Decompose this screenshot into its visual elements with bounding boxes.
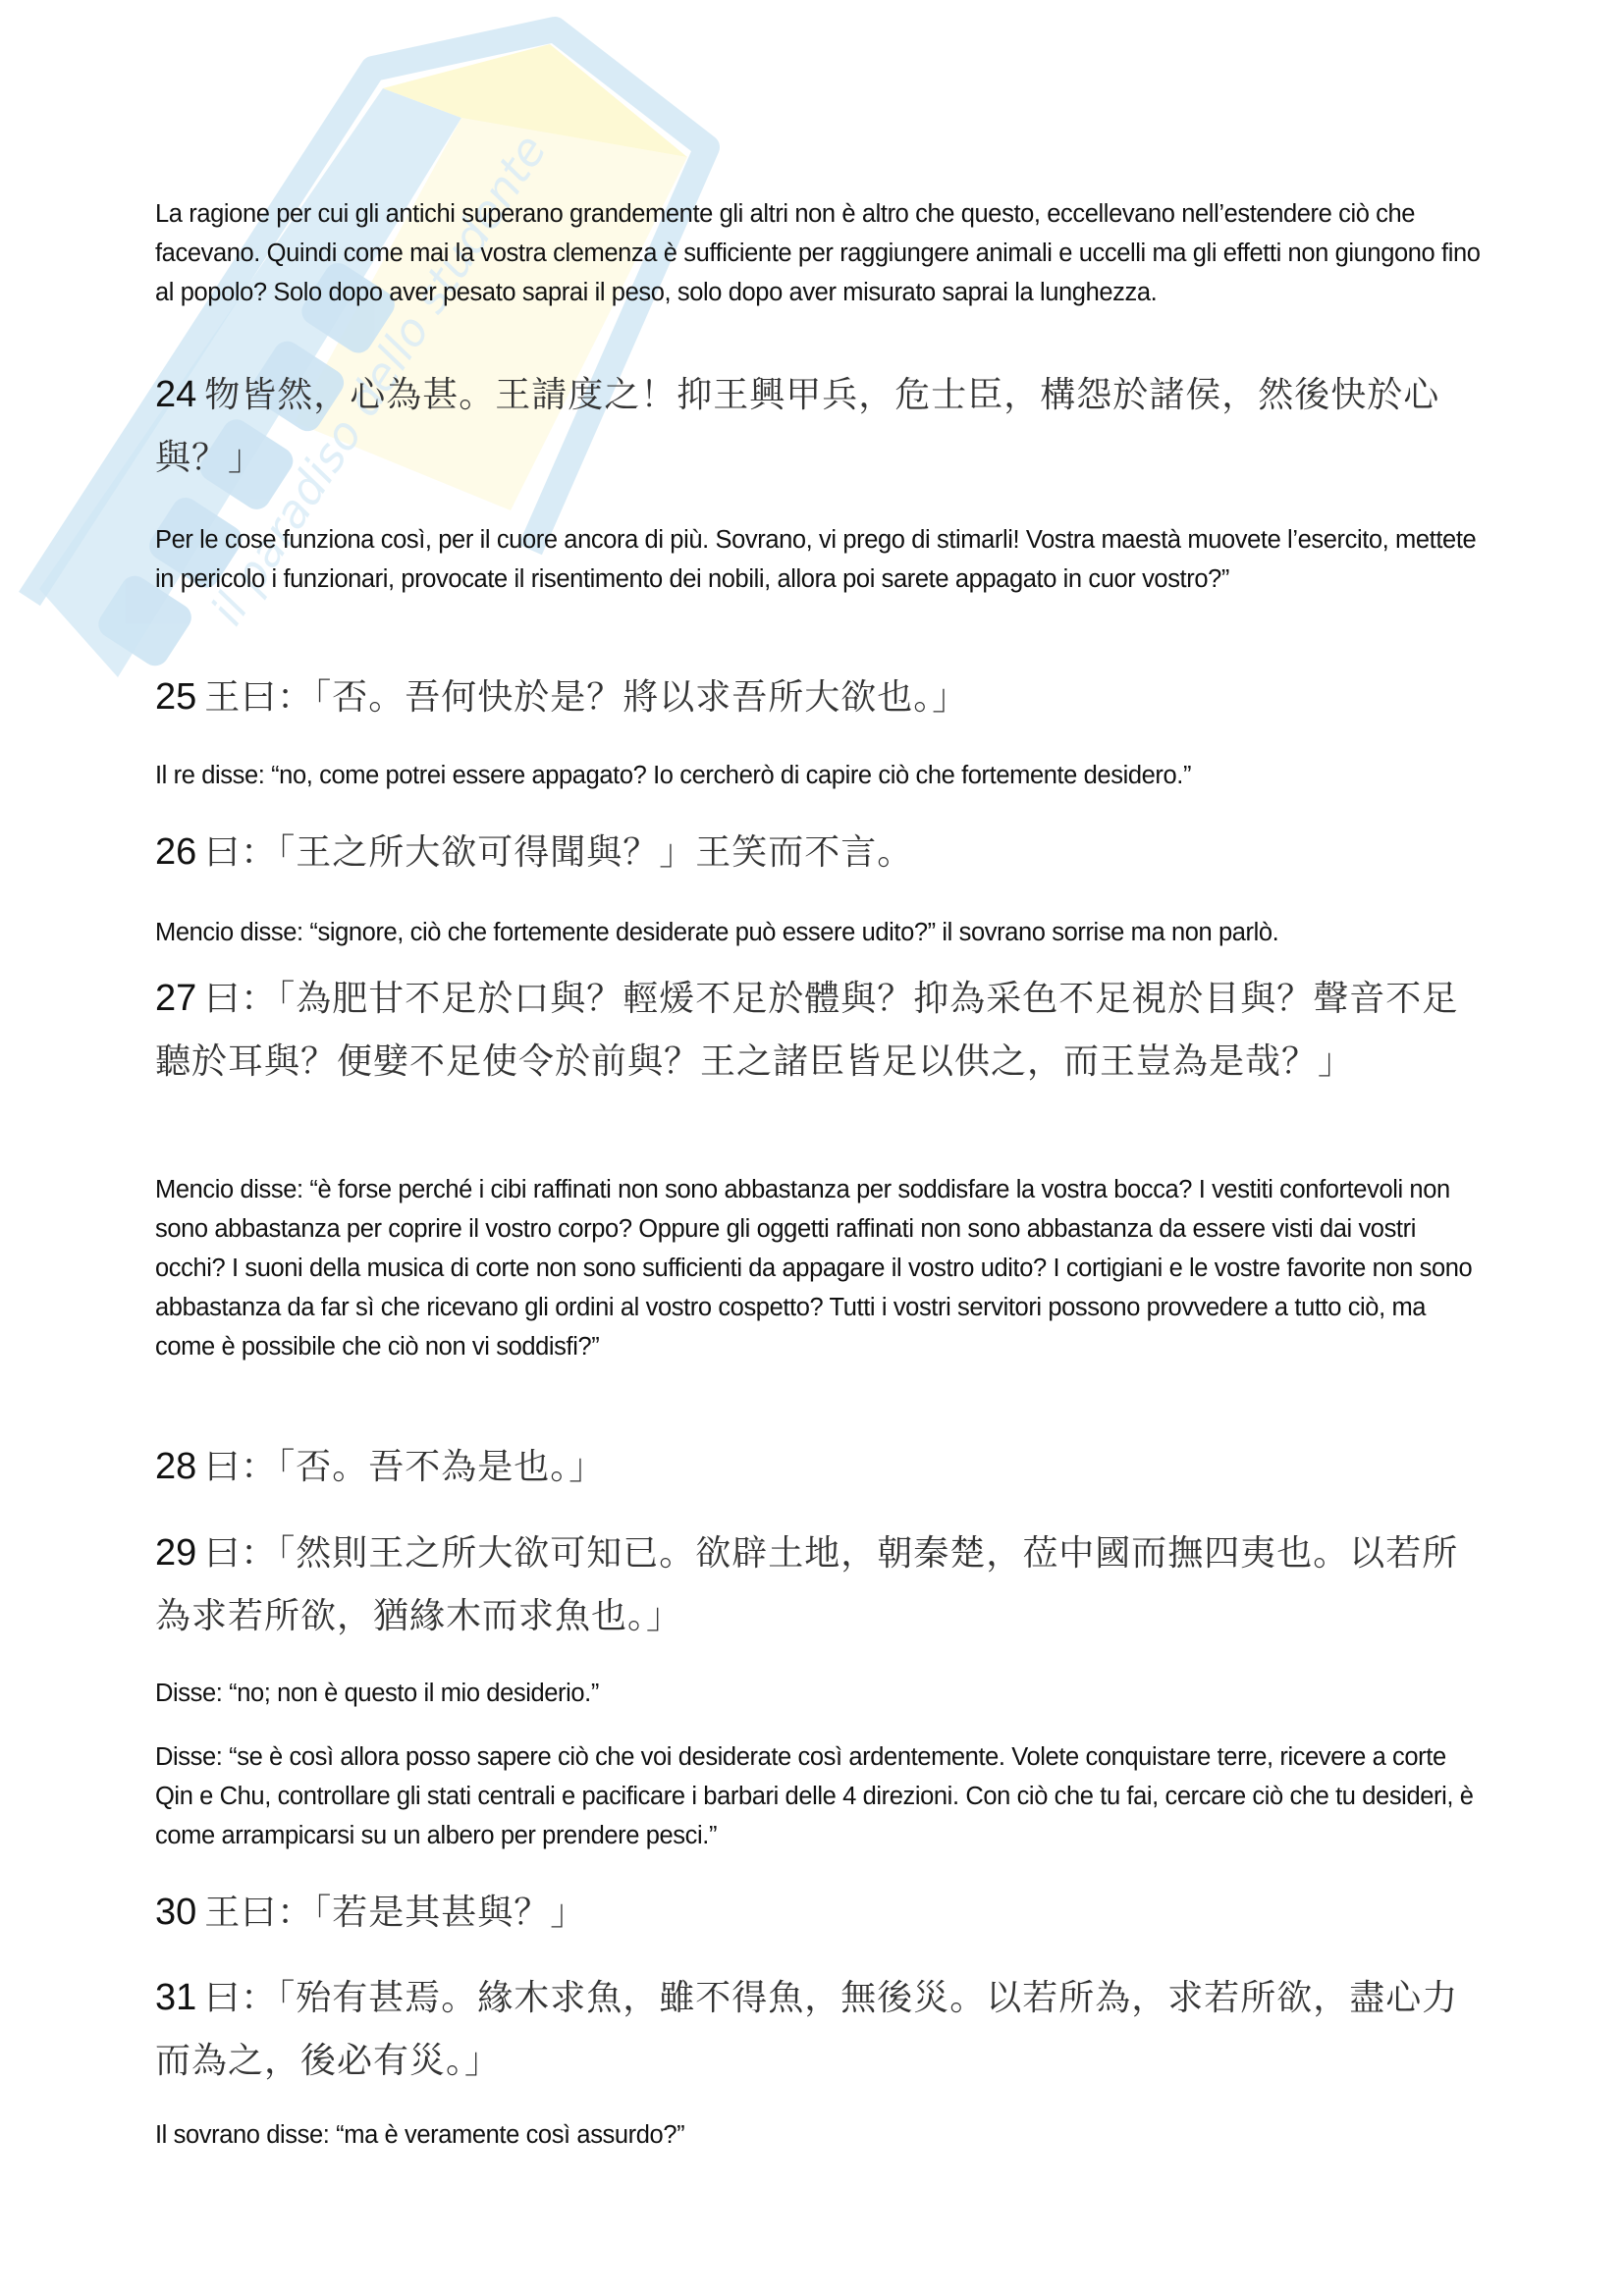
chinese-text: 曰：「王之所大欲可得聞與？」王笑而不言。 — [204, 832, 913, 873]
italian-paragraph: Mencio disse: “signore, ciò che fortemen… — [155, 913, 1481, 952]
passage-number: 24 — [155, 374, 196, 415]
chinese-passage-27: 27曰：「為肥甘不足於口與？輕煖不足於體與？抑為采色不足視於目與？聲音不足聽於耳… — [155, 967, 1481, 1094]
passage-number: 30 — [155, 1892, 196, 1933]
passage-number: 27 — [155, 978, 196, 1019]
chinese-text: 王曰：「否。吾何快於是？將以求吾所大欲也。」 — [204, 677, 968, 718]
italian-paragraph: Per le cose funziona così, per il cuore … — [155, 520, 1481, 599]
passage-number: 25 — [155, 676, 196, 718]
italian-paragraph: Il sovrano disse: “ma è veramente così a… — [155, 2115, 1481, 2155]
document-page: il paradiso dello studente La ragione pe… — [0, 0, 1624, 2296]
passage-number: 26 — [155, 831, 196, 873]
chinese-passage-30: 30王曰：「若是其甚與？」 — [155, 1881, 1481, 1945]
chinese-passage-29: 29曰：「然則王之所大欲可知已。欲辟土地，朝秦楚，莅中國而撫四夷也。以若所為求若… — [155, 1522, 1481, 1648]
chinese-passage-31: 31曰：「殆有甚焉。緣木求魚，雖不得魚，無後災。以若所為，求若所欲，盡心力而為之… — [155, 1966, 1481, 2093]
passage-number: 29 — [155, 1532, 196, 1574]
passage-number: 31 — [155, 1977, 196, 2018]
chinese-text: 王曰：「若是其甚與？」 — [204, 1893, 586, 1933]
italian-paragraph: Disse: “se è così allora posso sapere ci… — [155, 1737, 1481, 1855]
chinese-text: 物皆然，心為甚。王請度之！抑王興甲兵，危士臣，構怨於諸侯，然後快於心與？」 — [155, 375, 1439, 478]
chinese-passage-24: 24物皆然，心為甚。王請度之！抑王興甲兵，危士臣，構怨於諸侯，然後快於心與？」 — [155, 363, 1481, 490]
chinese-text: 曰：「否。吾不為是也。」 — [204, 1447, 605, 1487]
passage-number: 28 — [155, 1446, 196, 1487]
chinese-text: 曰：「為肥甘不足於口與？輕煖不足於體與？抑為采色不足視於目與？聲音不足聽於耳與？… — [155, 979, 1458, 1082]
italian-paragraph: Disse: “no; non è questo il mio desideri… — [155, 1674, 1481, 1713]
chinese-text: 曰：「殆有甚焉。緣木求魚，雖不得魚，無後災。以若所為，求若所欲，盡心力而為之，後… — [155, 1978, 1458, 2081]
italian-paragraph: Mencio disse: “è forse perché i cibi raf… — [155, 1170, 1481, 1366]
chinese-passage-26: 26曰：「王之所大欲可得聞與？」王笑而不言。 — [155, 821, 1481, 884]
chinese-passage-28: 28曰：「否。吾不為是也。」 — [155, 1435, 1481, 1499]
italian-paragraph: La ragione per cui gli antichi superano … — [155, 194, 1481, 312]
chinese-passage-25: 25王曰：「否。吾何快於是？將以求吾所大欲也。」 — [155, 666, 1481, 729]
italian-paragraph: Il re disse: “no, come potrei essere app… — [155, 756, 1481, 795]
chinese-text: 曰：「然則王之所大欲可知已。欲辟土地，朝秦楚，莅中國而撫四夷也。以若所為求若所欲… — [155, 1533, 1458, 1636]
